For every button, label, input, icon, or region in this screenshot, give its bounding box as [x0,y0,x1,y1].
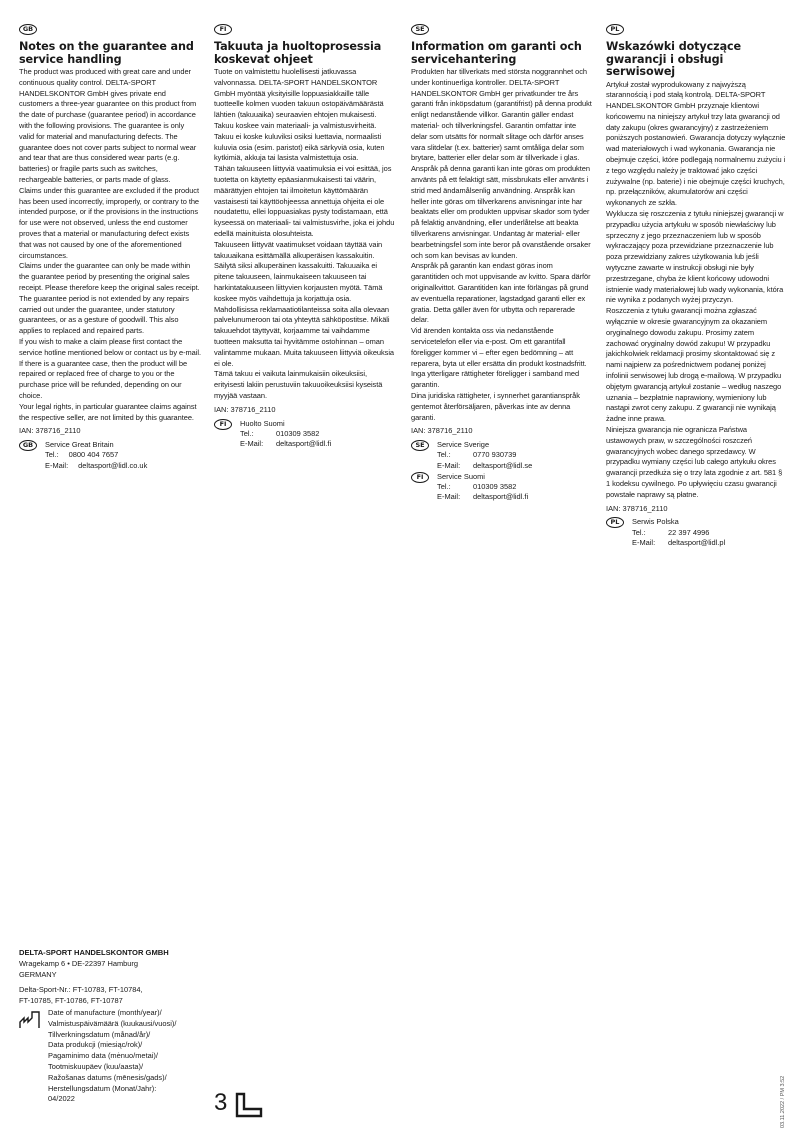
email-label: E-Mail: [240,439,276,449]
page-number: 3 [214,1090,227,1116]
ian-number: IAN: 378716_2110 [19,426,201,437]
paragraph: Tähän takuuseen liittyviä vaatimuksia ei… [214,164,396,240]
service-contact: SE Service Sverige Tel.:0770 930739 E-Ma… [411,440,593,471]
manufacture-label: Ražošanas datums (mēnesis/gads)/ [48,1073,176,1084]
phone-number: 010309 3582 [276,429,319,439]
service-name: Huolto Suomi [240,419,331,429]
page-corner-icon [234,1092,264,1118]
tel-label: Tel.: [45,450,59,460]
column-gb: GB Notes on the guarantee and service ha… [19,18,201,471]
tel-label: Tel.: [632,528,668,538]
manufacture-label: Pagaminimo data (mėnuo/metai)/ [48,1051,176,1062]
country-badge-gb: GB [19,440,37,451]
country-badge-se: SE [411,440,429,451]
service-contact: FI Service Suomi Tel.:010309 3582 E-Mail… [411,472,593,503]
paragraph: Dina juridiska rättigheter, i synnerhet … [411,391,593,423]
service-name: Service Sverige [437,440,532,450]
manufacture-date: 04/2022 [48,1094,176,1105]
service-contact: FI Huolto Suomi Tel.:010309 3582 E-Mail:… [214,419,396,450]
country-badge-fi: FI [411,472,429,483]
manufacture-label: Date of manufacture (month/year)/ [48,1008,176,1019]
service-contact: GB Service Great Britain Tel.:0800 404 7… [19,440,201,471]
paragraph: Tämä takuu ei vaikuta lainmukaisiin oike… [214,369,396,401]
manufacture-label: Tootmiskuupäev (kuu/aasta)/ [48,1062,176,1073]
paragraph: Vid ärenden kontakta oss via nedanståend… [411,326,593,391]
phone-number: 010309 3582 [473,482,516,492]
paragraph: Anspråk på denna garanti kan inte göras … [411,164,593,261]
phone-number: 0770 930739 [473,450,516,460]
paragraph: If you wish to make a claim please first… [19,337,201,402]
email-label: E-Mail: [45,461,68,471]
manufacture-date-block: Date of manufacture (month/year)/ Valmis… [19,1008,219,1105]
column-pl: PL Wskazówki dotyczące gwarancji i obsłu… [606,18,786,548]
paragraph: Roszczenia z tytułu gwarancji można zgła… [606,306,786,425]
paragraph: Claims under the guarantee can only be m… [19,261,201,337]
paragraph: Your legal rights, in particular guarant… [19,402,201,424]
service-name: Service Great Britain [45,440,147,450]
factory-icon [19,1010,41,1030]
country-badge-fi: FI [214,419,232,430]
paragraph: The product was produced with great care… [19,67,201,186]
ian-number: IAN: 378716_2110 [606,504,786,515]
section-heading: Information om garanti och servicehanter… [411,41,593,66]
service-name: Service Suomi [437,472,528,482]
country-badge-pl: PL [606,517,624,528]
email-address[interactable]: deltasport@lidl.pl [668,538,725,548]
section-heading: Wskazówki dotyczące gwarancji i obsługi … [606,41,786,79]
manufacture-label: Herstellungsdatum (Monat/Jahr): [48,1084,176,1095]
tel-label: Tel.: [437,450,473,460]
paragraph: Artykuł został wyprodukowany z najwyższą… [606,80,786,210]
email-address[interactable]: deltasport@lidl.se [473,461,532,471]
section-heading: Notes on the guarantee and service handl… [19,41,201,66]
paragraph: Anspråk på garantin kan endast göras ino… [411,261,593,326]
article-numbers-cont: FT-10785, FT-10786, FT-10787 [19,995,219,1006]
paragraph: Claims under this guarantee are excluded… [19,186,201,262]
phone-number: 0800 404 7657 [69,450,119,460]
article-numbers: Delta-Sport-Nr.: FT-10783, FT-10784, [19,984,219,995]
country-badge-pl: PL [606,24,624,35]
manufacture-label: Tillverkningsdatum (månad/år)/ [48,1030,176,1041]
address-line: Wragekamp 6 • DE-22397 Hamburg [19,958,219,969]
paragraph: Tuote on valmistettu huolellisesti jatku… [214,67,396,164]
email-label: E-Mail: [437,461,473,471]
column-fi: FI Takuuta ja huoltoprosessia koskevat o… [214,18,396,449]
manufacture-label: Valmistuspäivämäärä (kuukausi/vuosi)/ [48,1019,176,1030]
paragraph: Mahdollisissa reklamaatiotilanteissa soi… [214,305,396,370]
country-badge-fi: FI [214,24,232,35]
paragraph: Takuuseen liittyvät vaatimukset voidaan … [214,240,396,305]
paragraph: Produkten har tillverkats med största no… [411,67,593,164]
manufacture-label: Data produkcji (miesiąc/rok)/ [48,1040,176,1051]
manufacturer-footer: DELTA-SPORT HANDELSKONTOR GMBH Wragekamp… [19,947,219,1105]
section-heading: Takuuta ja huoltoprosessia koskevat ohje… [214,41,396,66]
service-name: Serwis Polska [632,517,725,527]
ian-number: IAN: 378716_2110 [411,426,593,437]
paragraph: Niniejsza gwarancja nie ogranicza Państw… [606,425,786,501]
email-address[interactable]: deltasport@lidl.fi [473,492,528,502]
email-address[interactable]: deltasport@lidl.fi [276,439,331,449]
address-country: GERMANY [19,969,219,980]
phone-number: 22 397 4996 [668,528,709,538]
email-label: E-Mail: [632,538,668,548]
service-contact: PL Serwis Polska Tel.:22 397 4996 E-Mail… [606,517,786,548]
column-se: SE Information om garanti och servicehan… [411,18,593,502]
tel-label: Tel.: [240,429,276,439]
email-label: E-Mail: [437,492,473,502]
tel-label: Tel.: [437,482,473,492]
paragraph: Wyklucza się roszczenia z tytułu niniejs… [606,209,786,306]
country-badge-se: SE [411,24,429,35]
country-badge-gb: GB [19,24,37,35]
email-address[interactable]: deltasport@lidl.co.uk [78,461,147,471]
ian-number: IAN: 378716_2110 [214,405,396,416]
company-name: DELTA-SPORT HANDELSKONTOR GMBH [19,947,219,958]
print-stamp: 03.11.2022 / PM 3:52 [780,1076,786,1128]
